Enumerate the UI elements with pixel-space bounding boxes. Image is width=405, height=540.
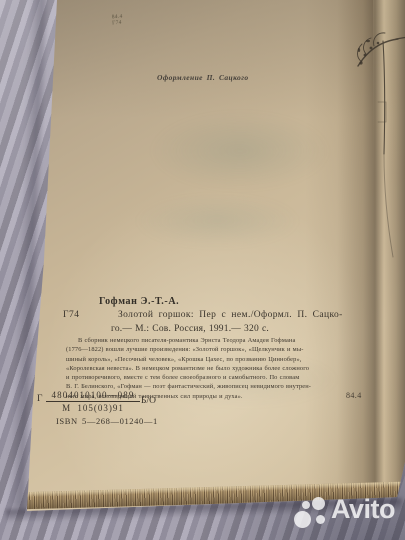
catalog-code-denominator: М 105(03)91	[46, 402, 140, 413]
annotation-line: (1776—1822) вошли лучшие произведения: «…	[66, 345, 368, 354]
avito-logo-dot-medium	[312, 497, 325, 510]
bbk-code: 84.4	[346, 391, 362, 400]
avito-watermark: Avito	[290, 496, 405, 540]
book-copyright-page-photo: 84.4 Г74 Оформление П. Сацкого Гофман Э.…	[0, 0, 405, 540]
avito-logo-dot-large	[294, 511, 311, 528]
designer-credit: Оформление П. Сацкого	[157, 73, 249, 82]
catalog-code-fraction: 4804010100—089 М 105(03)91	[46, 390, 140, 413]
citation-author: Гофман Э.-Т.-А.	[99, 296, 179, 307]
printed-text: 84.4 Г74 Оформление П. Сацкого Гофман Э.…	[0, 0, 405, 540]
annotation-line: «Королевская невеста». В немецком романт…	[66, 364, 368, 373]
annotation-line: шиный король», «Песочный человек», «Крош…	[66, 355, 368, 364]
avito-logo-dot-tiny	[316, 515, 325, 524]
isbn: ISBN 5—268—01240—1	[56, 416, 158, 426]
catalog-code-numerator: 4804010100—089	[46, 390, 140, 402]
avito-watermark-label: Avito	[331, 494, 395, 525]
citation-line-1: Золотой горшок: Пер с нем./Оформл. П. Са…	[118, 310, 343, 320]
avito-logo-dot-small	[302, 501, 310, 509]
catalog-code-suffix: Б/О	[141, 396, 156, 406]
catalog-code-prefix: Г	[37, 394, 43, 404]
book-page: 84.4 Г74 Оформление П. Сацкого Гофман Э.…	[0, 0, 405, 540]
annotation-line: и противоречивого, вместе с тем более св…	[66, 373, 368, 382]
annotation-line: В сборник немецкого писателя-романтика Э…	[66, 336, 368, 345]
stamp-index: Г74	[112, 20, 123, 27]
citation-line-2: го.— М.: Сов. Россия, 1991.— 320 с.	[111, 324, 269, 334]
library-stamp: 84.4 Г74	[112, 14, 124, 27]
catalog-index: Г74	[63, 310, 80, 320]
